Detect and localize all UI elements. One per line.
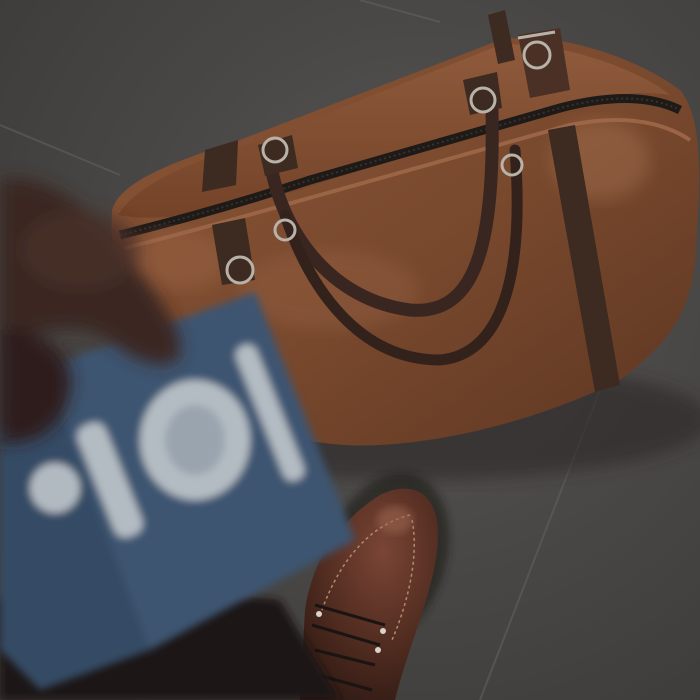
photo-scene: Overhead photo of a brown leather duffel… xyxy=(0,0,700,700)
photo-illustration xyxy=(0,0,700,700)
